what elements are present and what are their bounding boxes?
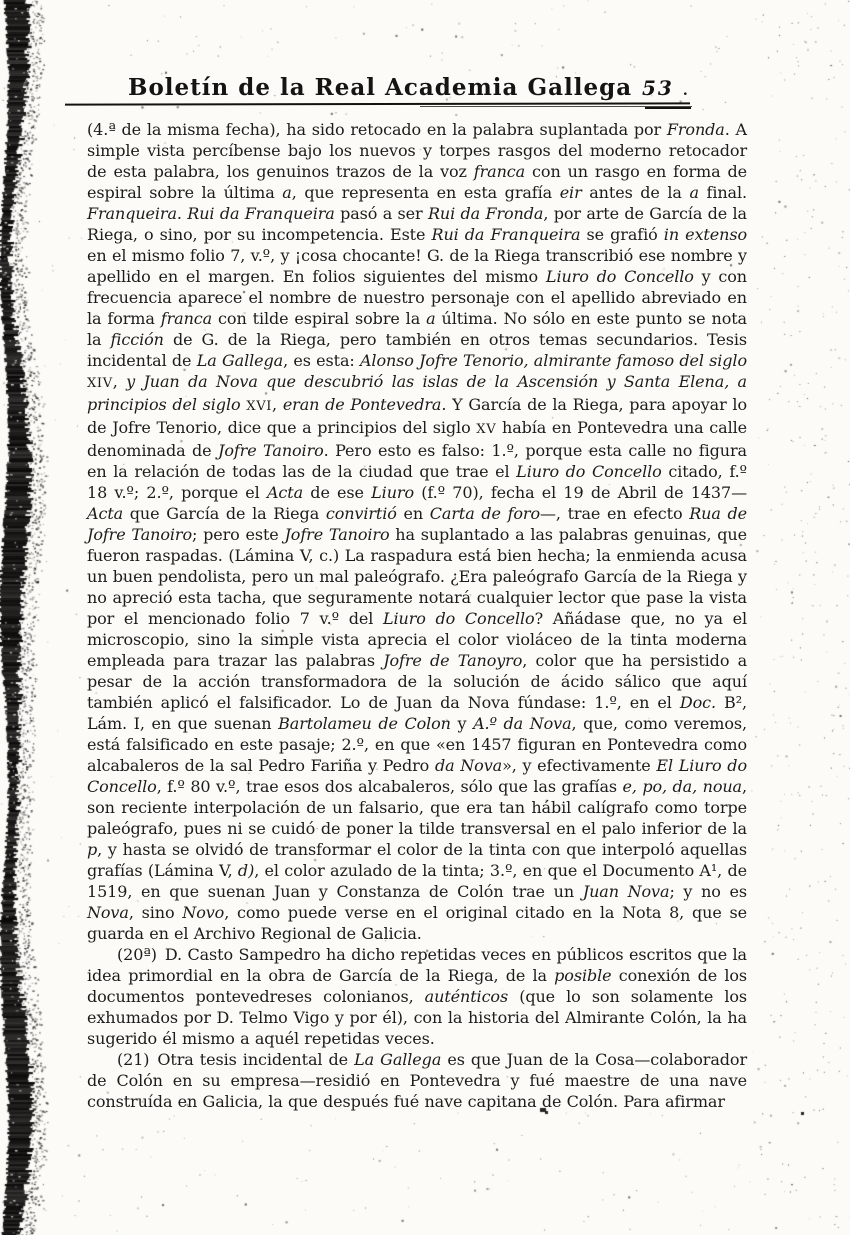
- italic-run: a: [426, 309, 435, 328]
- paragraph: (4.ª de la misma fecha), ha sido retocad…: [87, 119, 747, 944]
- italic-run: Liuro: [371, 483, 414, 502]
- smallcaps-run: XIV: [87, 376, 113, 391]
- text-run: y: [451, 714, 473, 733]
- italic-run: Novo: [182, 903, 224, 922]
- italic-run: eran de Pontevedra: [283, 395, 442, 414]
- italic-run: A.º da Nova: [473, 714, 571, 733]
- paragraph: (20ª) D. Casto Sampedro ha dicho repetid…: [87, 944, 747, 1049]
- page-body: (4.ª de la misma fecha), ha sido retocad…: [87, 119, 747, 1112]
- text-run: , es esta:: [283, 351, 360, 370]
- italic-run: Fronda: [667, 120, 725, 139]
- italic-run: a: [689, 183, 698, 202]
- italic-run: e, po, da, noua: [623, 777, 743, 796]
- italic-run: Franqueira. Rui da Franqueira: [87, 204, 335, 223]
- text-run: con tilde espiral sobre la: [212, 309, 426, 328]
- italic-run: Acta: [87, 504, 123, 523]
- italic-run: ficción: [111, 330, 164, 349]
- italic-run: franca: [161, 309, 212, 328]
- italic-run: Bartolameu de Colon: [278, 714, 451, 733]
- text-run: antes de la: [582, 183, 690, 202]
- italic-run: Carta de foro: [430, 504, 540, 523]
- italic-run: Rui da Fronda: [428, 204, 543, 223]
- italic-run: da Nova: [435, 756, 502, 775]
- italic-run: Doc.: [680, 693, 716, 712]
- italic-run: Acta: [267, 483, 303, 502]
- italic-run: Rui da Franqueira: [432, 225, 581, 244]
- italic-run: auténticos: [425, 987, 508, 1006]
- italic-run: a: [282, 183, 291, 202]
- italic-run: Jofre Tanoiro: [284, 525, 389, 544]
- text-run: , que representa en esta grafía: [292, 183, 560, 202]
- italic-run: Liuro do Concello: [516, 462, 662, 481]
- italic-run: Liuro do Concello: [383, 609, 535, 628]
- page-number-value: 53: [642, 76, 674, 100]
- italic-run: Alonso Jofre Tenorio, almirante famoso d…: [360, 351, 747, 370]
- text-run: pasó a ser: [335, 204, 428, 223]
- text-run: », y efectivamente: [502, 756, 656, 775]
- text-run: (21) Otra tesis incidental de: [117, 1050, 354, 1069]
- italic-run: eir: [560, 183, 582, 202]
- text-run: se grafió: [580, 225, 663, 244]
- italic-run: convirtió: [326, 504, 397, 523]
- italic-run: franca: [474, 162, 525, 181]
- page-number: 53.: [642, 76, 690, 100]
- smallcaps-run: XV: [476, 422, 496, 437]
- italic-run: Nova: [87, 903, 129, 922]
- page-header: Boletín de la Real Academia Gallega 53.: [0, 74, 850, 104]
- page-number-underline: [645, 107, 691, 109]
- italic-run: in extenso: [664, 225, 747, 244]
- text-run: de ese: [303, 483, 371, 502]
- text-run: —, trae en efecto: [540, 504, 689, 523]
- text-run: en: [397, 504, 430, 523]
- text-run: ; y no es: [669, 882, 747, 901]
- scanned-book-page: Boletín de la Real Academia Gallega 53. …: [0, 0, 850, 1235]
- text-run: que García de la Riega: [123, 504, 326, 523]
- page-number-suffix: .: [674, 83, 690, 99]
- paragraph: (21) Otra tesis incidental de La Gallega…: [87, 1049, 747, 1112]
- text-run: , sino: [129, 903, 182, 922]
- italic-run: La Gallega: [354, 1050, 441, 1069]
- italic-run: Liuro do Concello: [546, 267, 694, 286]
- italic-run: p: [87, 840, 97, 859]
- journal-title: Boletín de la Real Academia Gallega: [128, 74, 620, 102]
- italic-run: Jofre Tanoiro: [218, 441, 324, 460]
- text-run: ; pero este: [192, 525, 284, 544]
- text-run: , f.º 80 v.º, trae esos dos alcabaleros,…: [157, 777, 623, 796]
- italic-run: La Gallega: [197, 351, 283, 370]
- smallcaps-run: XVI: [246, 399, 272, 414]
- text-run: ,: [272, 395, 283, 414]
- text-run: final.: [699, 183, 747, 202]
- italic-run: d): [238, 861, 254, 880]
- text-run: (f.º 70), fecha el 19 de Abril de 1437—: [414, 483, 747, 502]
- italic-run: Jofre de Tanoyro: [383, 651, 522, 670]
- italic-run: posible: [554, 966, 611, 985]
- italic-run: Juan Nova: [583, 882, 670, 901]
- text-run: (4.ª de la misma fecha), ha sido retocad…: [87, 120, 667, 139]
- text-run: ,: [113, 372, 126, 391]
